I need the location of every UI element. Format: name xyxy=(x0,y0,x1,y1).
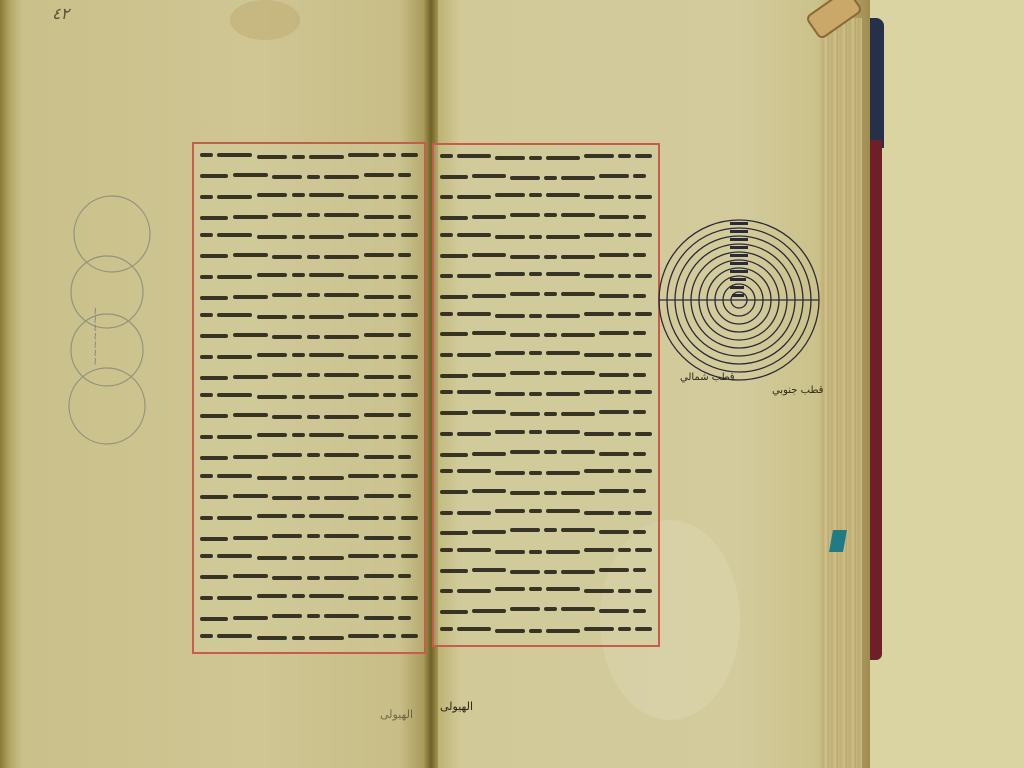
script-line xyxy=(200,370,418,385)
script-line xyxy=(200,611,418,626)
south-pole-label: قطب جنوبي xyxy=(772,385,823,396)
script-line xyxy=(200,330,418,345)
script-line xyxy=(440,210,652,225)
script-line xyxy=(200,170,418,185)
catchword-right: الهيولى xyxy=(440,700,473,713)
script-line xyxy=(440,525,652,540)
script-line xyxy=(200,511,418,526)
script-line xyxy=(200,491,418,506)
script-line xyxy=(200,571,418,586)
pencil-circles-icon xyxy=(62,192,162,452)
script-line xyxy=(440,506,652,521)
script-line xyxy=(440,230,652,245)
script-line xyxy=(440,289,652,304)
script-line xyxy=(200,531,418,546)
script-line xyxy=(200,410,418,425)
stain xyxy=(230,0,300,40)
north-pole-label: قطب شمالي xyxy=(680,372,735,383)
script-line xyxy=(200,250,418,265)
script-line xyxy=(200,631,418,646)
script-line xyxy=(440,348,652,363)
script-line xyxy=(200,310,418,325)
folio-number: ٤٢ xyxy=(52,4,69,23)
script-line xyxy=(440,407,652,422)
script-line xyxy=(440,368,652,383)
script-line xyxy=(440,604,652,619)
script-line xyxy=(200,591,418,606)
script-line xyxy=(440,328,652,343)
script-line xyxy=(200,551,418,566)
script-line xyxy=(200,270,418,285)
script-line xyxy=(440,427,652,442)
pencil-annotation: ~~~~~~~ xyxy=(91,246,102,366)
script-line xyxy=(440,466,652,481)
script-line xyxy=(440,584,652,599)
script-line xyxy=(200,230,418,245)
script-line xyxy=(200,150,418,165)
script-line xyxy=(440,545,652,560)
script-line xyxy=(200,350,418,365)
background-surface xyxy=(870,0,1024,768)
script-line xyxy=(440,269,652,284)
script-line xyxy=(440,387,652,402)
script-line xyxy=(440,250,652,265)
catchword-left: الهيولى xyxy=(380,708,413,721)
script-line xyxy=(200,190,418,205)
script-line xyxy=(440,190,652,205)
script-line xyxy=(200,290,418,305)
script-line xyxy=(200,390,418,405)
cosmological-diagram xyxy=(656,218,822,394)
script-line xyxy=(440,309,652,324)
script-line xyxy=(440,171,652,186)
fore-edge xyxy=(820,18,862,768)
script-line xyxy=(440,486,652,501)
script-line xyxy=(440,565,652,580)
left-text-block xyxy=(192,142,426,654)
script-line xyxy=(440,151,652,166)
script-line xyxy=(440,624,652,639)
script-line xyxy=(200,430,418,445)
script-line xyxy=(200,210,418,225)
script-line xyxy=(440,447,652,462)
script-line xyxy=(200,471,418,486)
right-text-block xyxy=(432,143,660,647)
script-line xyxy=(200,450,418,465)
